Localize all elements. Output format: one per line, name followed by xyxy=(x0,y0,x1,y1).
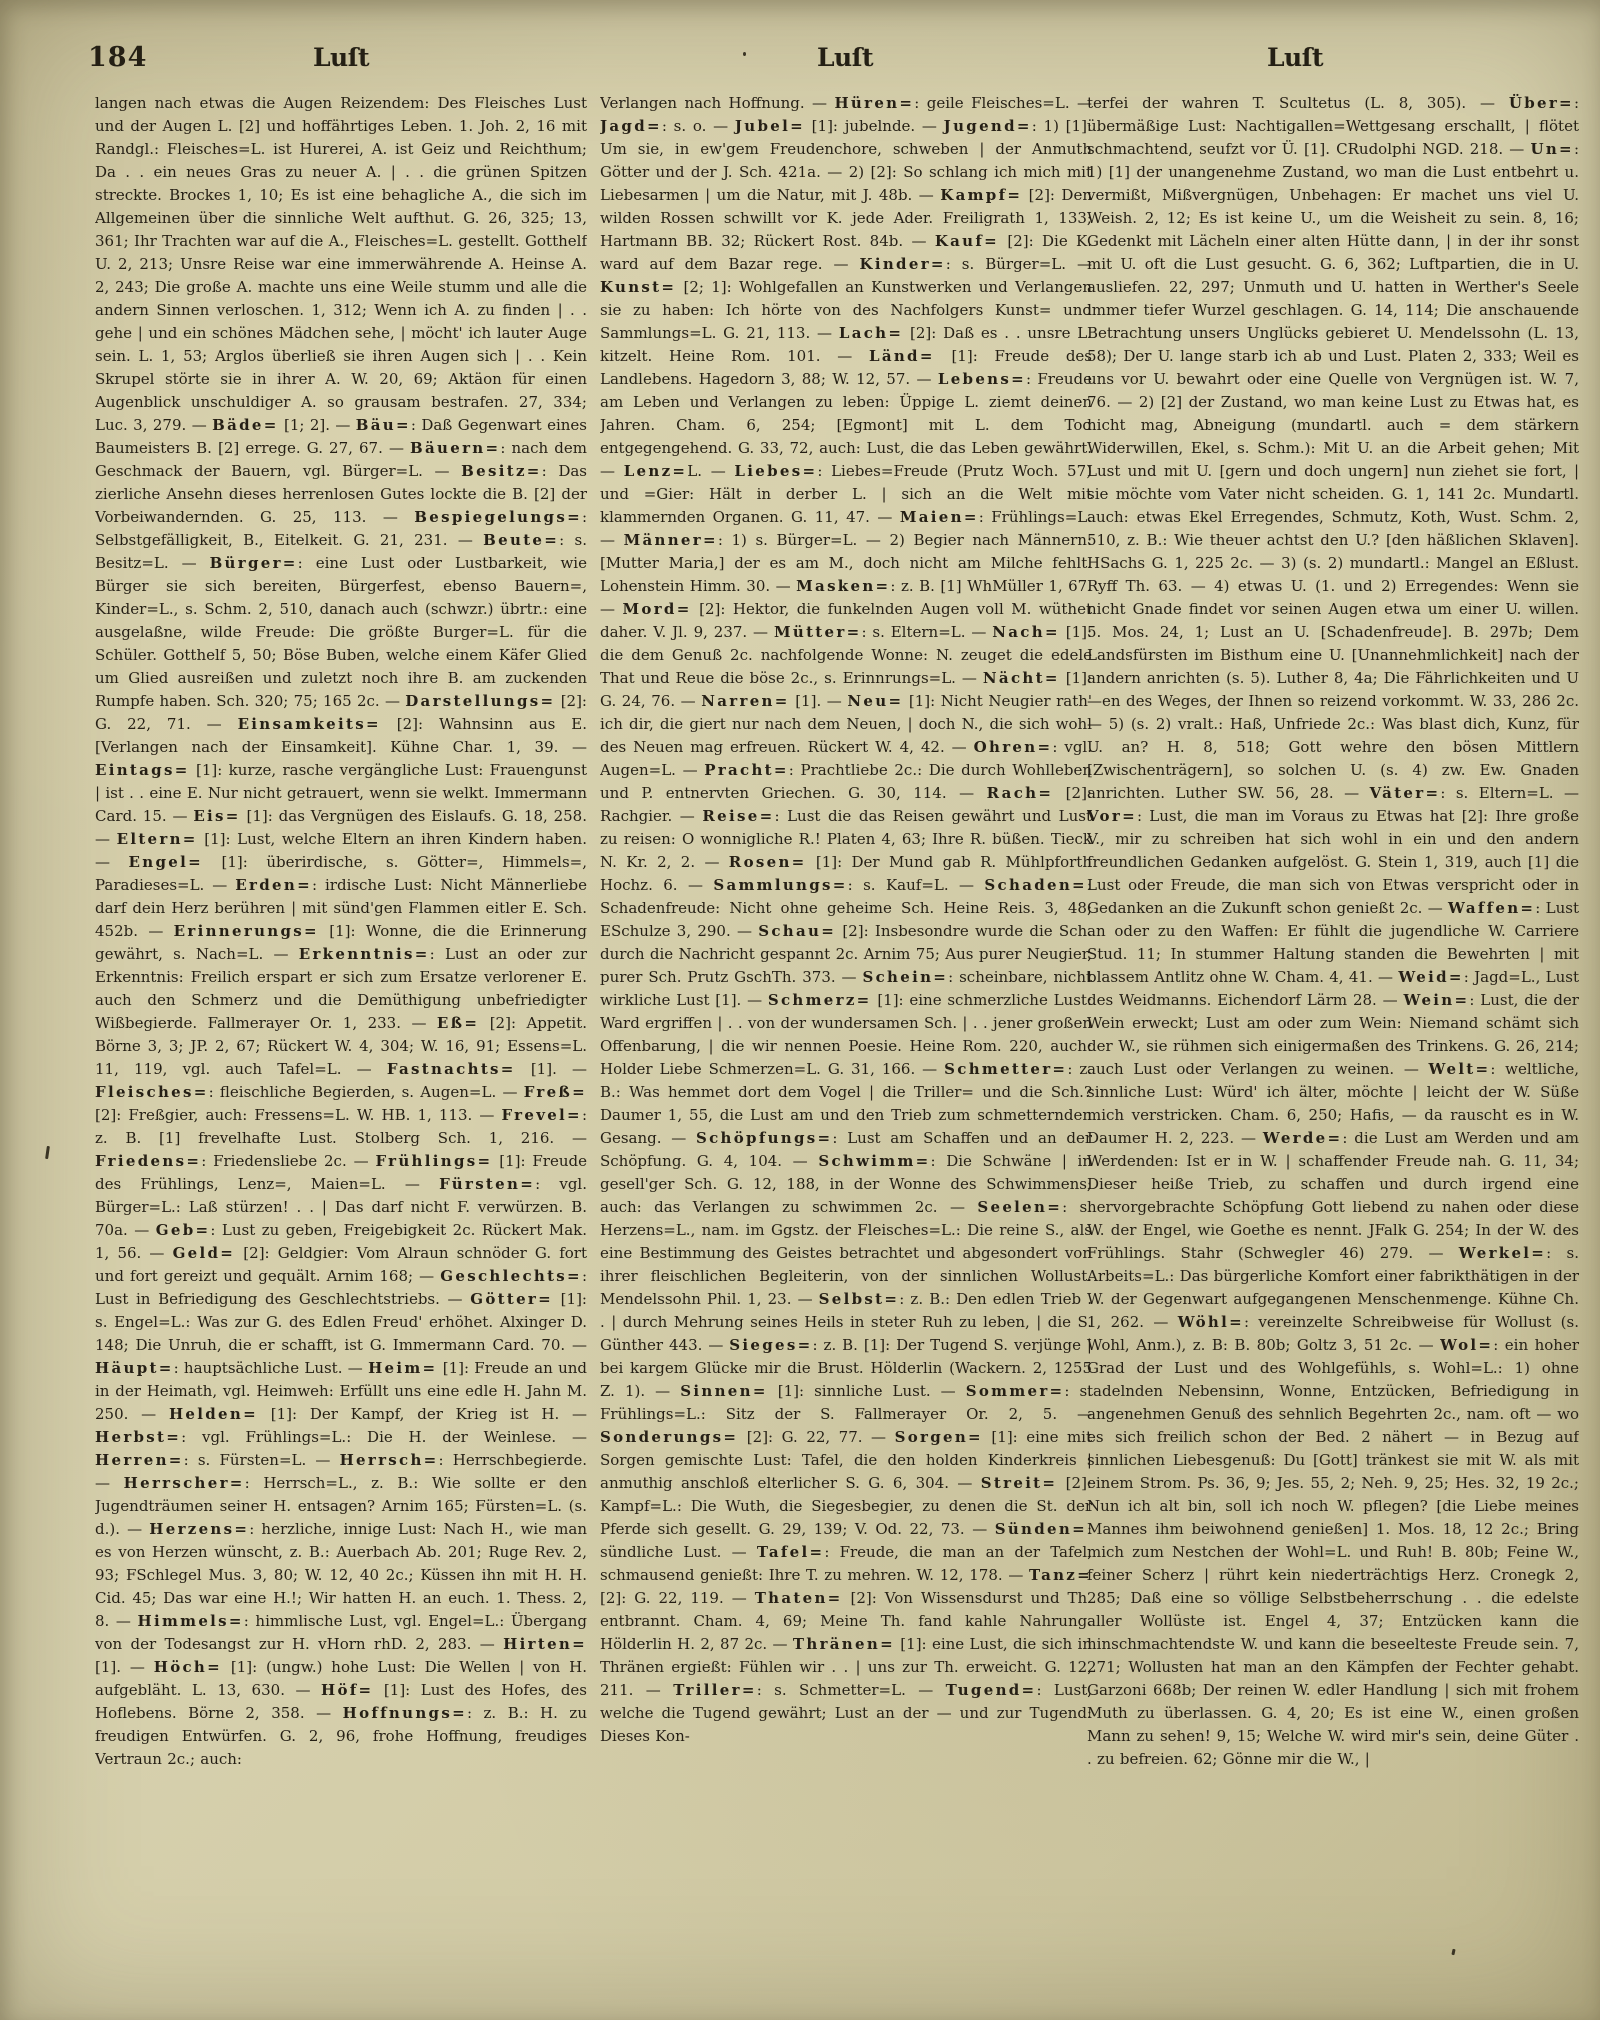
entry-headword: Nächt= xyxy=(983,669,1060,687)
top-ink-speck xyxy=(743,52,746,56)
entry-headword: Sommer= xyxy=(966,1382,1065,1400)
entry-headword: Tafel= xyxy=(757,1543,825,1561)
entry-headword: Wein= xyxy=(1404,991,1470,1009)
entry-headword: Kinder= xyxy=(860,255,946,273)
entry-text: : s. Fürsten=L. — xyxy=(184,1451,340,1469)
running-title-center: Luſt xyxy=(817,43,873,72)
entry-text: [1]. — xyxy=(516,1060,587,1078)
entry-text: langen nach etwas die Augen Reizendem: D… xyxy=(95,94,587,434)
entry-text: [1]. — xyxy=(790,692,848,710)
entry-headword: Höf= xyxy=(321,1681,373,1699)
entry-headword: Jagd= xyxy=(600,117,662,135)
entry-headword: Lenz= xyxy=(624,462,688,480)
entry-headword: Höch= xyxy=(154,1658,222,1676)
entry-headword: Himmels= xyxy=(138,1612,244,1630)
entry-headword: Weid= xyxy=(1398,968,1463,986)
text-column-2: Verlangen nach Hoffnung. — Hüren=: geile… xyxy=(600,92,1092,1884)
text-column-3: terfei der wahren T. Scultetus (L. 8, 30… xyxy=(1087,92,1579,1884)
entry-headword: Bäde= xyxy=(212,416,279,434)
entry-headword: Schmetter= xyxy=(944,1060,1067,1078)
entry-text: [1]: sinnliche Lust. — xyxy=(768,1382,966,1400)
entry-text: : 1) [1] der unangenehme Zustand, wo man… xyxy=(1087,140,1579,802)
entry-headword: Schaden= xyxy=(984,876,1087,894)
entry-headword: Sünden= xyxy=(995,1520,1087,1538)
entry-headword: Vor= xyxy=(1087,807,1137,825)
entry-headword: Selbst= xyxy=(819,1290,900,1308)
entry-headword: Herzens= xyxy=(149,1520,249,1538)
entry-text: : hauptsächliche Lust. — xyxy=(174,1359,368,1377)
entry-headword: Nach= xyxy=(992,623,1060,641)
entry-headword: Bäu= xyxy=(356,416,411,434)
entry-text: L. — xyxy=(687,462,734,480)
entry-headword: Schein= xyxy=(862,968,948,986)
entry-headword: Eis= xyxy=(193,807,240,825)
bottom-ink-speck xyxy=(1451,1949,1455,1955)
entry-text: : s. Eltern=L. — xyxy=(861,623,992,641)
entry-headword: Eß= xyxy=(437,1014,479,1032)
entry-headword: Kampf= xyxy=(940,186,1022,204)
entry-text: [2]: G. 22, 77. — xyxy=(738,1428,894,1446)
entry-headword: Beute= xyxy=(483,531,559,549)
entry-headword: Fleisches= xyxy=(95,1083,209,1101)
entry-headword: Liebes= xyxy=(734,462,817,480)
entry-headword: Sinnen= xyxy=(680,1382,767,1400)
entry-headword: Geb= xyxy=(156,1221,211,1239)
entry-headword: Thränen= xyxy=(793,1635,895,1653)
entry-headword: Thaten= xyxy=(755,1589,843,1607)
entry-text: terfei der wahren T. Scultetus (L. 8, 30… xyxy=(1087,94,1509,112)
entry-headword: Schmerz= xyxy=(768,991,872,1009)
entry-headword: Maien= xyxy=(900,508,979,526)
entry-headword: Über= xyxy=(1509,94,1574,112)
entry-text: : s. Schmetter=L. — xyxy=(757,1681,946,1699)
entry-text: : geile Fleisches=L. — xyxy=(914,94,1092,112)
entry-headword: Herrscher= xyxy=(124,1474,245,1492)
entry-headword: Fastnachts= xyxy=(387,1060,516,1078)
entry-headword: Frühlings= xyxy=(375,1152,492,1170)
entry-headword: Werde= xyxy=(1263,1129,1342,1147)
entry-text: [1]: jubelnde. — xyxy=(805,117,944,135)
entry-headword: Neu= xyxy=(847,692,903,710)
entry-headword: Ohren= xyxy=(974,738,1053,756)
entry-headword: Tanz= xyxy=(1029,1566,1092,1584)
entry-headword: Bürger= xyxy=(210,554,298,572)
entry-headword: Einsamkeits= xyxy=(238,715,381,733)
entry-text: [2]: G. 22, 119. — xyxy=(600,1589,755,1607)
entry-headword: Erkenntnis= xyxy=(299,945,430,963)
entry-headword: Jugend= xyxy=(944,117,1032,135)
entry-text: : Friedensliebe 2c. — xyxy=(201,1152,375,1170)
entry-headword: Sieges= xyxy=(729,1336,812,1354)
entry-headword: Streit= xyxy=(981,1474,1058,1492)
margin-ink-mark xyxy=(45,1146,50,1159)
entry-headword: Welt= xyxy=(1429,1060,1491,1078)
entry-headword: Waffen= xyxy=(1448,899,1535,917)
entry-headword: Männer= xyxy=(624,531,718,549)
entry-headword: Sorgen= xyxy=(895,1428,983,1446)
entry-headword: Herrsch= xyxy=(340,1451,439,1469)
running-title-left: Luſt xyxy=(313,43,369,72)
entry-headword: Herbst= xyxy=(95,1428,181,1446)
entry-headword: Lach= xyxy=(839,324,903,342)
entry-headword: Un= xyxy=(1530,140,1573,158)
entry-headword: Helden= xyxy=(169,1405,258,1423)
entry-text: : s. Kauf=L. — xyxy=(848,876,985,894)
entry-headword: Engel= xyxy=(129,853,203,871)
entry-headword: Mütter= xyxy=(774,623,861,641)
entry-headword: Fürsten= xyxy=(439,1175,535,1193)
entry-headword: Lebens= xyxy=(938,370,1026,388)
entry-text: : ein hoher Grad der Lust und des Wohlge… xyxy=(1087,1336,1579,1768)
entry-text: : s. Bürger=L. — xyxy=(946,255,1092,273)
entry-text: [2]: Freßgier, auch: Fressens=L. W. HB. … xyxy=(95,1106,501,1124)
entry-text: : s. o. — xyxy=(662,117,735,135)
entry-headword: Hüren= xyxy=(834,94,914,112)
entry-headword: Seelen= xyxy=(977,1198,1062,1216)
entry-headword: Narren= xyxy=(701,692,789,710)
entry-headword: Jubel= xyxy=(735,117,805,135)
entry-headword: Eintags= xyxy=(95,761,190,779)
scanned-dictionary-page: { "page": { "number": "184", "running_ti… xyxy=(0,0,1600,2020)
entry-headword: Eltern= xyxy=(117,830,198,848)
entry-headword: Bespiegelungs= xyxy=(414,508,582,526)
entry-headword: Sonderungs= xyxy=(600,1428,738,1446)
entry-text: : s. Eltern=L. — xyxy=(1440,784,1579,802)
text-column-1: langen nach etwas die Augen Reizendem: D… xyxy=(95,92,587,1884)
entry-headword: Besitz= xyxy=(461,462,541,480)
entry-headword: Schöpfungs= xyxy=(696,1129,832,1147)
entry-headword: Häupt= xyxy=(95,1359,174,1377)
entry-headword: Kunst= xyxy=(600,278,676,296)
entry-text: Verlangen nach Hoffnung. — xyxy=(600,94,834,112)
entry-headword: Geschlechts= xyxy=(440,1267,582,1285)
entry-headword: Herren= xyxy=(95,1451,184,1469)
entry-headword: Reise= xyxy=(702,807,774,825)
entry-text: : die Lust am Werden und am Werdenden: I… xyxy=(1087,1129,1579,1262)
entry-headword: Mord= xyxy=(623,600,692,618)
entry-headword: Schau= xyxy=(758,922,836,940)
page-number: 184 xyxy=(88,42,147,73)
entry-headword: Frevel= xyxy=(501,1106,581,1124)
entry-headword: Masken= xyxy=(796,577,890,595)
entry-headword: Geld= xyxy=(173,1244,236,1262)
entry-text: : fleischliche Begierden, s. Augen=L. — xyxy=(209,1083,524,1101)
entry-headword: Werkel= xyxy=(1459,1244,1546,1262)
entry-headword: Rosen= xyxy=(729,853,807,871)
entry-text: : eine Lust oder Lustbarkeit, wie Bürger… xyxy=(95,554,587,710)
entry-headword: Darstellungs= xyxy=(405,692,555,710)
entry-text: : vgl. Frühlings=L.: Die H. der Weinlese… xyxy=(181,1428,587,1446)
entry-headword: Heim= xyxy=(368,1359,437,1377)
entry-headword: Kauf= xyxy=(935,232,999,250)
entry-text: [1; 2]. — xyxy=(279,416,356,434)
entry-headword: Freß= xyxy=(524,1083,587,1101)
entry-headword: Triller= xyxy=(673,1681,756,1699)
entry-headword: Wöhl= xyxy=(1178,1313,1244,1331)
entry-headword: Sammlungs= xyxy=(713,876,847,894)
entry-headword: Götter= xyxy=(470,1290,553,1308)
entry-text: [1]: Der Kampf, der Krieg ist H. — xyxy=(258,1405,587,1423)
entry-headword: Hoffnungs= xyxy=(343,1704,467,1722)
entry-headword: Bäuern= xyxy=(410,439,500,457)
entry-headword: Rach= xyxy=(987,784,1054,802)
entry-headword: Friedens= xyxy=(95,1152,201,1170)
entry-headword: Erinnerungs= xyxy=(174,922,319,940)
entry-headword: Länd= xyxy=(869,347,935,365)
entry-headword: Wol= xyxy=(1440,1336,1493,1354)
entry-headword: Väter= xyxy=(1370,784,1441,802)
running-title-right: Luſt xyxy=(1267,43,1323,72)
entry-text: [1]. — xyxy=(95,1658,154,1676)
entry-headword: Tugend= xyxy=(946,1681,1037,1699)
entry-headword: Pracht= xyxy=(704,761,789,779)
entry-headword: Hirten= xyxy=(503,1635,587,1653)
entry-headword: Erden= xyxy=(235,876,312,894)
entry-headword: Schwimm= xyxy=(818,1152,930,1170)
